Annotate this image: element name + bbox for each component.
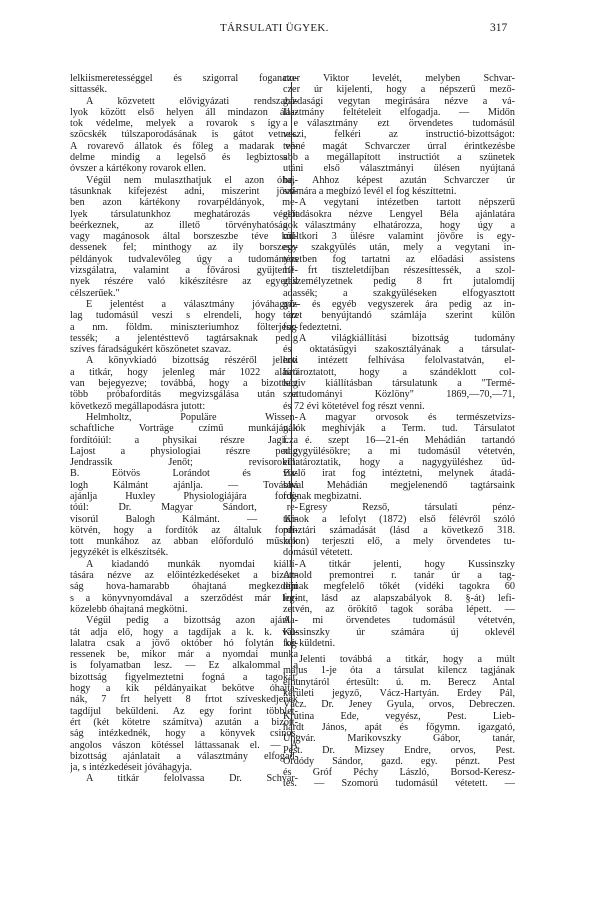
right-column: czer Viktor levelét, melyben Schvar-czer… [283, 73, 515, 790]
text-line: szíves fáradságukért köszönetet szavaz. [70, 344, 298, 355]
text-line: 10 frt tiszteletdíjban részesíttessék, a… [283, 265, 515, 276]
text-line: és 72 évi kötetével fog részt venni. [283, 401, 515, 412]
page-header: TÁRSULATI ÜGYEK. 317 [0, 22, 591, 38]
text-line: lapon) terjeszti elő, a mely örvendetes … [283, 536, 515, 547]
text-line: gáz- és egyéb vegyszerek ára pedig az in… [283, 299, 515, 310]
text-line: kerületi jegyző, Vácz-Hartyán. Erdey Pál… [283, 688, 515, 699]
text-line: gaszemélyzetnek pedig 8 frt jutalomdíj [283, 276, 515, 287]
text-line: hoz intézett felhívása felolvastatván, e… [283, 355, 515, 366]
text-line: A kiadandó munkák nyomdai kiállí- [70, 559, 298, 570]
text-line: Arnold premontrei r. tanár úr a tag- [283, 570, 515, 581]
text-line: május 1-je óta a társulat kilencz tagján… [283, 665, 515, 676]
text-line: logh Kálmánt ajánlja. — Továbbá [70, 480, 298, 491]
text-line: Végül pedig a bizottság azon ajánla- [70, 615, 298, 626]
text-line: szettudományi Közlöny" 1869,—70,—71, [283, 389, 515, 400]
text-line: kötvén, hogy a fordítók az általuk fordí… [70, 525, 298, 536]
text-line: következő megállapodásra jutott: [70, 401, 298, 412]
text-line: lag tudomásúl veszi s elrendeli, hogy az [70, 310, 298, 321]
text-line: B. Eötvös Lorándot és Ba- [70, 468, 298, 479]
text-line: bizottság ajánlatait a választmány elfog… [70, 751, 298, 762]
text-line: ért (két kötetre számítva) azután a bizo… [70, 717, 298, 728]
text-line: Egresy Rezső, társulati pénz- [283, 502, 515, 513]
text-line: és oktatásügyi szakosztályának a társula… [283, 344, 515, 355]
text-line: Pest. Dr. Mizsey Endre, orvos, Pest. [283, 745, 515, 756]
text-line: ság intézkednék, hogy a könyvek csinos, [70, 728, 298, 739]
text-line: f. é. szept 16—21-én Mehádián tartandó [283, 435, 515, 446]
text-line: ja, s intézkedéseit jóváhagyja. [70, 762, 298, 773]
text-line: lyek társulatunkhoz meghatározás végett [70, 209, 298, 220]
text-line: Ordódy Sándor, gazd. egy. pénzt. Pest [283, 756, 515, 767]
text-line: ság hova-hamarabb óhajtaná megkezdeni [70, 581, 298, 592]
text-line: nyek részére való kikészítésre az egyedü… [70, 276, 298, 287]
text-line: elhatároztatik, hogy a nagygyüléshez üd- [283, 457, 515, 468]
text-line: tásunknak kifejezést adni, miszerint jöv… [70, 186, 298, 197]
text-line: ben azon kártékony rovarpéldányok, me- [70, 197, 298, 208]
text-line: gazdasági vegytan megirására nézve a vá- [283, 96, 515, 107]
text-line: tézetben fog tartatni az előadási assist… [283, 254, 515, 265]
text-line: tóúl: Dr. Magyar Sándort, re- [70, 502, 298, 513]
text-line: múltkori 3 ülésre valamint jövőre is egy… [283, 231, 515, 242]
text-line: E jelentést a választmány jóváhagyó- [70, 299, 298, 310]
text-line: lectiv kiállításban társulatunk a "Termé… [283, 378, 515, 389]
text-line: tagdíjul beküldeni. Az egy forint többle… [70, 706, 298, 717]
text-line: sittassék. [70, 84, 298, 95]
text-line: A titkár jelenti, hogy Kussinszky [283, 559, 515, 570]
text-line: vagy magánosok által borszeszbe téve kül… [70, 231, 298, 242]
text-line: óvszer a kártékony rovarok ellen. [70, 163, 298, 174]
text-line: A vegytani intézetben tartott népszerű [283, 197, 515, 208]
text-line: tására nézve az előintézkedéseket a bizo… [70, 570, 298, 581]
text-line: A könyvkiadó bizottság részéről jelenti [70, 355, 298, 366]
text-line: angolos vászon kötéssel láttassanak el. … [70, 740, 298, 751]
text-line: van bejegyezve; továbbá, hogy a bizottsá… [70, 378, 298, 389]
text-line: számára a megbízó levél el fog készíttet… [283, 186, 515, 197]
text-line: utáni első választmányi ülésen nyújtaná [283, 163, 515, 174]
text-line: beérkeznek, az illető törvényhatóságok [70, 220, 298, 231]
text-line: s a könyvnyomdával a szerződést már leg- [70, 593, 298, 604]
text-line: tárnok a lefolyt (1872) első félévről sz… [283, 514, 515, 525]
text-line: hogy a kik példányaikat bekötve óhajta- [70, 683, 298, 694]
text-line: közelebb óhajtaná megkötni. [70, 604, 298, 615]
text-line: nák, 7 frt helyett 8 frtot szíveskedjene… [70, 694, 298, 705]
text-line: lasztmány feltételeit elfogadja. — Midőn [283, 107, 515, 118]
text-line: Krutina Ede, vegyész, Pest. Lieb- [283, 711, 515, 722]
running-title: TÁRSULATI ÜGYEK. [220, 22, 329, 34]
text-line: elhunytáról értesült: ú. m. Berecz Antal [283, 677, 515, 688]
text-line: Helmholtz, Populäre Wissen- [70, 412, 298, 423]
text-line: a titkár, hogy jelenleg már 1022 aláíró [70, 367, 298, 378]
text-line: a választmány elhatározza, hogy úgy a [283, 220, 515, 231]
text-line: a választmány ezt örvendetes tudomásúl [283, 118, 515, 129]
text-line: bizottság figyelmeztetni fogná a tagokat… [70, 672, 298, 683]
text-line: tes. — Szomorú tudomásúl vétetett. — [283, 778, 515, 789]
text-line: szöcskék túlszaporodásának is gátot vetn… [70, 129, 298, 140]
text-line: tenné magát Schvarczer úrral érintkezésb… [283, 141, 515, 152]
text-line: Vácz. Dr. Jeney Gyula, orvos, Debreczen. [283, 699, 515, 710]
text-line: vizsgálatra, valamint a fővárosi gyűjtem… [70, 265, 298, 276]
left-column: lelkiismeretességgel és szigorral fogana… [70, 73, 298, 785]
text-line: egy szakgyülés után, mely a vegytani in- [283, 242, 515, 253]
text-line: tok védelme, melyek a rovarok s így e [70, 118, 298, 129]
text-line: ressenek be, mikor már a nyomdai munka [70, 649, 298, 660]
text-line: határoztatott, hogy a szándéklott col- [283, 367, 515, 378]
text-line: fognak megbizatni. [283, 491, 515, 502]
text-line: Ungvár. Marikovszky Gábor, tanár, [283, 733, 515, 744]
text-line: sával Mehádián megjelenendő tagtársaink [283, 480, 515, 491]
text-line: tott munkához az abban előforduló műszók [70, 536, 298, 547]
text-line: Jendrassik Jenőt; revisorokúl: [70, 457, 298, 468]
text-line: be. Ahhoz képest azután Schvarczer úr [283, 175, 515, 186]
text-line: lalatra csak a jövő október hó folytán k… [70, 638, 298, 649]
text-line: s a megállapított instructiót a szünetek [283, 152, 515, 163]
text-line: és Gróf Péchy László, Borsod-Keresz- [283, 767, 515, 778]
page-number: 317 [490, 22, 507, 34]
text-line: visorúl Balogh Kálmánt. — Ki- [70, 514, 298, 525]
text-line: forint, lásd az alapszabályok 8. §-át) l… [283, 593, 515, 604]
text-line: példányok tudvalevőleg úgy a tudományos [70, 254, 298, 265]
text-line: Lajost a physiologiai részre pedig [70, 446, 298, 457]
text-line: pénztári számadását (lásd a következő 31… [283, 525, 515, 536]
text-line: tát adja elő, hogy a tagdíjak a k. k. vá… [70, 627, 298, 638]
text-line: Jelenti továbbá a titkár, hogy a múlt [283, 654, 515, 665]
text-line: több próbafordítás megvizsgálása után a [70, 389, 298, 400]
text-line: A rovarevő állatok és főleg a madarak vé… [70, 141, 298, 152]
text-line: Végül nem mulaszthatjuk el azon óhaj- [70, 175, 298, 186]
text-line: lyok között első helyen áll mindazon áll… [70, 107, 298, 118]
text-line: ajánlja Huxley Physiologiájára fordí- [70, 491, 298, 502]
text-line: zetvén, az örökítő tagok sorába lépett. … [283, 604, 515, 615]
text-line: célszerűek." [70, 288, 298, 299]
text-line: előadásokra nézve Lengyel Béla ajánlatár… [283, 209, 515, 220]
text-line: fog küldetni. [283, 638, 515, 649]
text-line: veszi, felkéri az instructió-bizottságot… [283, 129, 515, 140]
text-line: domásúl vétetett. [283, 547, 515, 558]
text-line: dessenek fel; minthogy az ily borszesz- [70, 242, 298, 253]
text-line: schaftliche Vorträge czímű munkájának [70, 423, 298, 434]
text-line: a nm. földm. miniszteriumhoz fölterjesz- [70, 322, 298, 333]
text-line: A magyar orvosok és természetvizs- [283, 412, 515, 423]
text-line: vözlő irat fog intéztetni, melynek átadá… [283, 468, 515, 479]
text-line: nagygyülésökre; a mi tudomásúl vétetvén, [283, 446, 515, 457]
text-line: jegyzékét is elkészítsék. [70, 547, 298, 558]
text-line: A titkár felolvassa Dr. Schvar- [70, 773, 298, 784]
text-line: A közvetett elővigyázati rendszabá- [70, 96, 298, 107]
text-line: delme mindig a legelső és legbiztosabb [70, 152, 298, 163]
text-line: czer Viktor levelét, melyben Schvar- [283, 73, 515, 84]
text-line: tézet benyújtandó számlája szerint külön [283, 310, 515, 321]
text-line: díjnak megfelelő tőkét (vidéki tagokra 6… [283, 581, 515, 592]
text-line: A világkiállítási bizottság tudomány [283, 333, 515, 344]
text-line: fog fedeztetni. [283, 322, 515, 333]
text-line: lelkiismeretességgel és szigorral fogana… [70, 73, 298, 84]
text-line: adassék; a szakgyüléseken elfogyasztott [283, 288, 515, 299]
text-line: tessék; a jelentésttevő tagtársaknak ped… [70, 333, 298, 344]
text-line: Kussinszky úr számára új oklevél [283, 627, 515, 638]
text-line: gálók meghívják a Term. tud. Társulatot [283, 423, 515, 434]
text-line: A mi örvendetes tudomásúl vétetvén, [283, 615, 515, 626]
text-line: fordítóiúl: a physikai részre Jagicza [70, 435, 298, 446]
text-line: is folyamatban lesz. — Ez alkalommal a [70, 660, 298, 671]
text-line: czer úr kijelenti, hogy a népszerű mező- [283, 84, 515, 95]
text-line: hardt János, apát és főgymn. igazgató, [283, 722, 515, 733]
